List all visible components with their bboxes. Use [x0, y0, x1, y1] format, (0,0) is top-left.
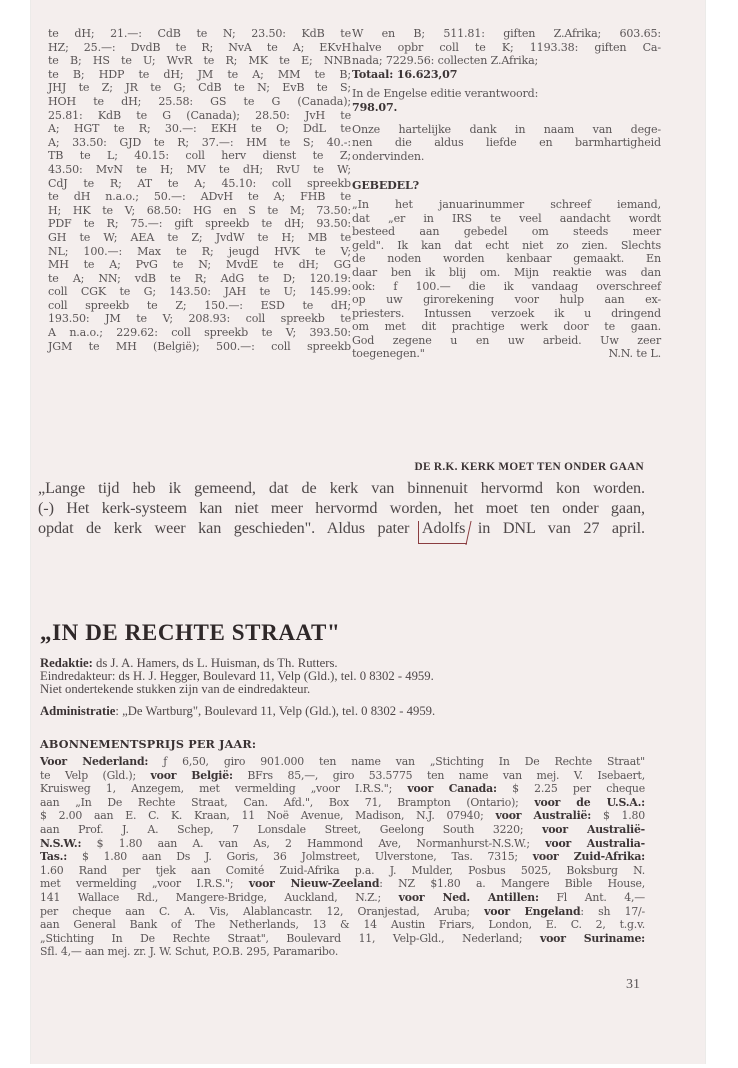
subscription-text: 1.60 Rand per tjek aan Comité Zuid-Afrik…	[40, 864, 645, 877]
subscription-line: 141 Wallace Rd., Mangere-Bridge, Aucklan…	[40, 891, 645, 905]
subscription-text: $ 1.80 aan Ds J. Goris, 36 Jolmstreet, U…	[67, 850, 533, 863]
subscription-line: te Velp (Gld.); voor België: BFrs 85,—, …	[40, 769, 645, 783]
donation-line: JHJ te Z; JR te G; CdB te N; EvB te S;	[48, 81, 351, 95]
total-amount: Totaal: 16.623,07	[352, 68, 661, 82]
subscription-text: aan Prof. J. A. Schep, 7 Lonsdale Street…	[40, 823, 542, 836]
donation-line: coll CGK te G; 143.50: JAH te U; 145.99:	[48, 285, 351, 299]
subscription-text: aan „In De Rechte Straat, Can. Afd.", Bo…	[40, 796, 534, 809]
kerk-line-3-start: opdat de kerk weer kan geschieden". Aldu…	[38, 519, 422, 537]
kerk-article-body: „Lange tijd heb ik gemeend, dat de kerk …	[38, 478, 645, 538]
english-edition-label: In de Engelse editie verantwoord:	[352, 87, 661, 101]
country-label: voor Engeland	[484, 905, 580, 918]
magazine-title: „IN DE RECHTE STRAAT"	[40, 620, 340, 646]
donations-list-continued: W en B; 511.81: giften Z.Afrika; 603.65:…	[352, 27, 661, 68]
subscription-heading: ABONNEMENTSPRIJS PER JAAR:	[40, 737, 256, 751]
donation-line: te A; NN; vdB te R; AdG te D; 120.19:	[48, 272, 351, 286]
donation-line: 193.50: JM te V; 208.93: coll spreekb te	[48, 312, 351, 326]
subscription-line: Kruisweg 1, Anzegem, met vermelding „voo…	[40, 782, 645, 796]
redaktie-value: ds J. A. Hamers, ds L. Huisman, ds Th. R…	[93, 656, 338, 670]
country-label: voor Australië:	[496, 809, 592, 822]
letter-line: God zegene u en uw arbeid. Uw zeer	[352, 334, 661, 348]
letter-signature: N.N. te L.	[608, 347, 661, 361]
country-label: voor Ned. Antillen:	[399, 891, 539, 904]
donation-line: nada; 7229.56: collecten Z.Afrika;	[352, 54, 661, 68]
letter-line: geld". Ik kan dat echt niet zo zien. Sle…	[352, 239, 661, 253]
donation-line: 25.81: KdB te G (Canada); 28.50: JvH te	[48, 109, 351, 123]
administratie-value: : „De Wartburg", Boulevard 11, Velp (Gld…	[115, 704, 435, 718]
donation-line: A n.a.o.; 229.62: coll spreekb te V; 393…	[48, 326, 351, 340]
subscription-text: $ 2.25 per cheque	[497, 782, 645, 795]
gebedel-last-line: toegenegen."	[352, 347, 425, 361]
donation-line: te B; HS te U; WvR te R; MK te E; NNB	[48, 54, 351, 68]
subscription-text: $ 1.80 aan A. van As, 2 Hammond Ave, Nor…	[81, 837, 545, 850]
letter-line: de noden worden kenbaar gemaakt. En	[352, 252, 661, 266]
donations-list-left-column: te dH; 21.—: CdB te N; 23.50: KdB teHZ; …	[48, 27, 351, 353]
annotated-word: Adolfs	[422, 518, 465, 538]
letter-line: daar ben ik blij om. Mijn reaktie was da…	[352, 266, 661, 280]
subscription-text: „Stichting In De Rechte Straat", Bouleva…	[40, 932, 540, 945]
subscription-line: 1.60 Rand per tjek aan Comité Zuid-Afrik…	[40, 864, 645, 878]
donation-line: W en B; 511.81: giften Z.Afrika; 603.65:	[352, 27, 661, 41]
donation-line: coll spreekb te Z; 150.—: ESD te dH;	[48, 299, 351, 313]
unsigned-pieces-note: Niet ondertekende stukken zijn van de ei…	[40, 683, 640, 696]
donation-line: JGM te MH (België); 500.—: coll spreekb	[48, 340, 351, 354]
kerk-line-3: opdat de kerk weer kan geschieden". Aldu…	[38, 518, 645, 538]
donation-line: te dH n.a.o.; 50.—: ADvH te A; FHB te	[48, 190, 351, 204]
subscription-line: Tas.: $ 1.80 aan Ds J. Goris, 36 Jolmstr…	[40, 850, 645, 864]
subscription-text: aan General Bank of The Netherlands, 13 …	[40, 918, 645, 931]
donation-line: te dH; 21.—: CdB te N; 23.50: KdB te	[48, 27, 351, 41]
subscription-line: $ 2.00 aan E. C. K. Kraan, 11 Noë Avenue…	[40, 809, 645, 823]
redaktie-label: Redaktie:	[40, 656, 93, 670]
country-label: voor Zuid-Afrika:	[533, 850, 645, 863]
subscription-text: : sh 17/-	[580, 905, 645, 918]
letter-line: priesters. Intussen verzoek ik u dringen…	[352, 307, 661, 321]
subscription-text: : NZ $1.80 a. Mangere Bible House,	[379, 877, 645, 890]
country-label: voor Australia-	[545, 837, 645, 850]
letter-line: op uw girorekening voor hulp aan ex-	[352, 293, 661, 307]
kerk-line-1: „Lange tijd heb ik gemeend, dat de kerk …	[38, 478, 645, 498]
country-label: voor Suriname:	[540, 932, 645, 945]
country-label: N.S.W.:	[40, 837, 81, 850]
donation-line: HZ; 25.—: DvdB te R; NvA te A; EKvH	[48, 41, 351, 55]
country-label: voor de U.S.A.:	[534, 796, 645, 809]
donation-line: GH te W; AEA te Z; JvdW te H; MB te	[48, 231, 351, 245]
donation-line: 43.50: MvN te H; MV te dH; RvU te W;	[48, 163, 351, 177]
donation-line: halve opbr coll te K; 1193.38: giften Ca…	[352, 41, 661, 55]
subscription-text: Fl Ant. 4,—	[539, 891, 645, 904]
thanks-line: Onze hartelijke dank in naam van dege-	[352, 123, 661, 137]
administratie-line: Administratie: „De Wartburg", Boulevard …	[40, 705, 640, 718]
thanks-line: nen die aldus liefde en barmhartigheid	[352, 136, 661, 150]
subscription-text: BFrs 85,—, giro 53.5775 ten name van mej…	[233, 769, 645, 782]
annotated-word-text: Adolfs	[422, 519, 465, 537]
subscription-line: Voor Nederland: ƒ 6,50, giro 901.000 ten…	[40, 755, 645, 769]
letter-line: besteed aan gebedel om steeds meer	[352, 225, 661, 239]
gebedel-letter: „In het januarinummer schreef iemand,dat…	[352, 198, 661, 348]
subscription-line: aan General Bank of The Netherlands, 13 …	[40, 918, 645, 932]
kerk-article-heading: DE R.K. KERK MOET TEN ONDER GAAN	[341, 461, 644, 473]
subscription-line: Sfl. 4,— aan mej. zr. J. W. Schut, P.O.B…	[40, 945, 645, 959]
english-edition-amount: 798.07.	[352, 101, 661, 115]
donation-line: PDF te R; 75.—: gift spreekb te dH; 93.5…	[48, 217, 351, 231]
donation-line: H; HK te V; 68.50: HG en S te M; 73.50:	[48, 204, 351, 218]
subscription-line: N.S.W.: $ 1.80 aan A. van As, 2 Hammond …	[40, 837, 645, 851]
country-label: Tas.:	[40, 850, 67, 863]
letter-line: „In het januarinummer schreef iemand,	[352, 198, 661, 212]
subscription-text: te Velp (Gld.);	[40, 769, 151, 782]
subscription-text: 141 Wallace Rd., Mangere-Bridge, Aucklan…	[40, 891, 399, 904]
gebedel-closing: toegenegen." N.N. te L.	[352, 347, 661, 361]
country-label: voor Canada:	[407, 782, 496, 795]
subscription-prices: Voor Nederland: ƒ 6,50, giro 901.000 ten…	[40, 755, 645, 959]
colophon: Redaktie: ds J. A. Hamers, ds L. Huisman…	[40, 657, 640, 718]
thanks-paragraph: Onze hartelijke dank in naam van dege-ne…	[352, 123, 661, 164]
donation-line: MH te A; PvG te N; MvdE te dH; GG	[48, 258, 351, 272]
donation-line: A; 33.50: GJD te R; 37.—: HM te S; 40.-:	[48, 136, 351, 150]
letter-line: om met dit prachtige werk door te gaan.	[352, 320, 661, 334]
subscription-text: met vermelding „voor I.R.S.";	[40, 877, 249, 890]
subscription-text: per cheque aan C. A. Vis, Alablancastr. …	[40, 905, 484, 918]
donation-line: TB te L; 40.15: coll herv dienst te Z;	[48, 149, 351, 163]
kerk-line-2: (-) Het kerk-systeem kan niet meer hervo…	[38, 498, 645, 518]
letter-line: ook: f 100.— die ik vandaag overschreef	[352, 280, 661, 294]
right-column: W en B; 511.81: giften Z.Afrika; 603.65:…	[352, 27, 661, 361]
donation-line: te B; HDP te dH; JM te A; MM te B;	[48, 68, 351, 82]
donation-line: CdJ te R; AT te A; 45.10: coll spreekb	[48, 177, 351, 191]
subscription-line: „Stichting In De Rechte Straat", Bouleva…	[40, 932, 645, 946]
thanks-line: ondervinden.	[352, 150, 661, 164]
country-label: voor Australië-	[542, 823, 645, 836]
subscription-line: per cheque aan C. A. Vis, Alablancastr. …	[40, 905, 645, 919]
donation-line: HOH te dH; 25.58: GS te G (Canada);	[48, 95, 351, 109]
subscription-line: aan Prof. J. A. Schep, 7 Lonsdale Street…	[40, 823, 645, 837]
donation-line: A; HGT te R; 30.—: EKH te O; DdL te	[48, 122, 351, 136]
subscription-text: Sfl. 4,— aan mej. zr. J. W. Schut, P.O.B…	[40, 945, 338, 958]
subscription-line: aan „In De Rechte Straat, Can. Afd.", Bo…	[40, 796, 645, 810]
letter-line: dat „er in IRS te veel aandacht wordt	[352, 212, 661, 226]
country-label: Voor Nederland:	[40, 755, 148, 768]
administratie-label: Administratie	[40, 704, 115, 718]
country-label: voor België:	[151, 769, 233, 782]
subscription-text: ƒ 6,50, giro 901.000 ten name van „Stich…	[148, 755, 645, 768]
donation-line: NL; 100.—: Max te R; jeugd HVK te V;	[48, 245, 351, 259]
magazine-page: te dH; 21.—: CdB te N; 23.50: KdB teHZ; …	[31, 0, 705, 1064]
subscription-text: $ 1.80	[591, 809, 645, 822]
page-number: 31	[610, 977, 640, 993]
subscription-text: Kruisweg 1, Anzegem, met vermelding „voo…	[40, 782, 407, 795]
subscription-text: $ 2.00 aan E. C. K. Kraan, 11 Noë Avenue…	[40, 809, 496, 822]
subscription-line: met vermelding „voor I.R.S."; voor Nieuw…	[40, 877, 645, 891]
gebedel-heading: GEBEDEL?	[352, 179, 661, 193]
kerk-line-3-end: in DNL van 27 april.	[465, 519, 645, 537]
country-label: voor Nieuw-Zeeland	[249, 877, 379, 890]
